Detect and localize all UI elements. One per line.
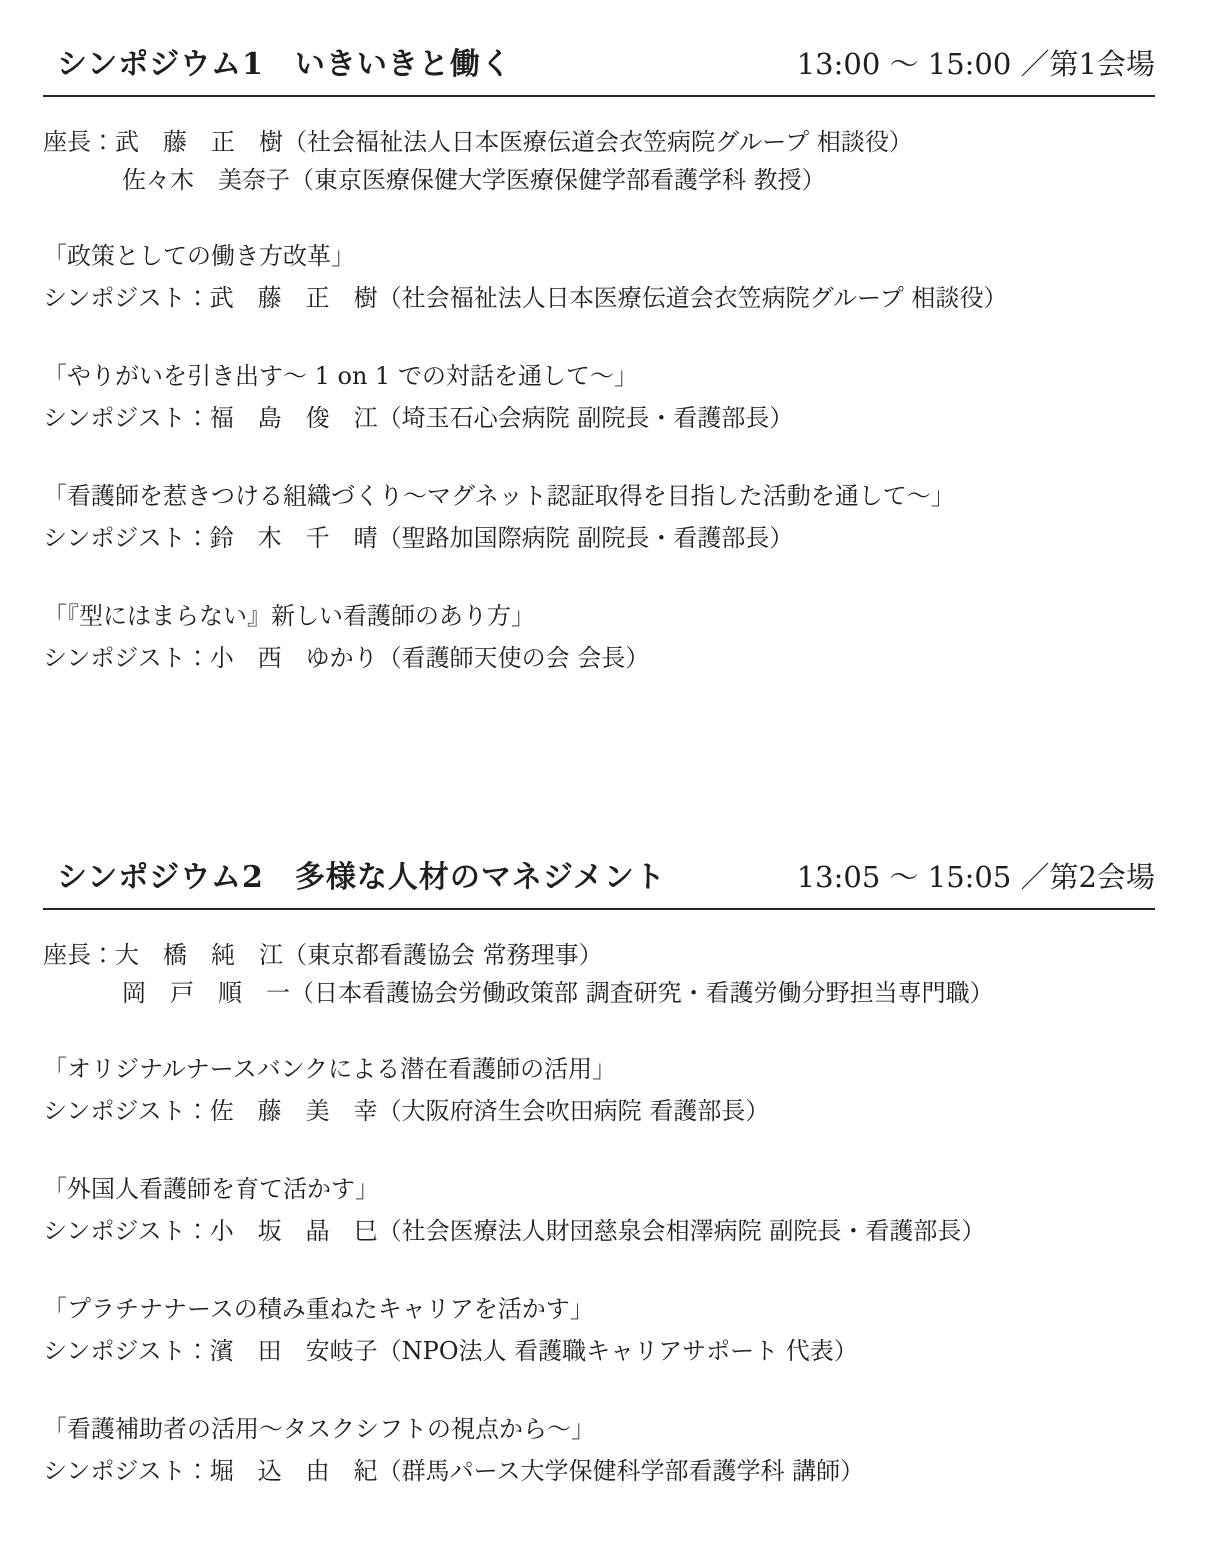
- chair-line: 佐々木 美奈子（東京医療保健大学医療保健学部看護学科 教授）: [43, 161, 1155, 199]
- talk-title: 「政策としての働き方改革」: [43, 235, 1155, 277]
- talk-title: 「『型にはまらない』新しい看護師のあり方」: [43, 595, 1155, 637]
- talk-speaker: シンポジスト：堀 込 由 紀（群馬パース大学保健科学部看護学科 講師）: [43, 1450, 1155, 1492]
- speaker-name: 濱 田 安岐子（NPO法人 看護職キャリアサポート 代表）: [210, 1337, 858, 1365]
- symposium-program-page: シンポジウム1 いきいきと働く 13:00 ～ 15:00 ／第1会場 座長：武…: [0, 0, 1214, 1562]
- talk-title: 「やりがいを引き出す～ 1 on 1 での対話を通して～」: [43, 355, 1155, 397]
- talk-title: 「看護師を惹きつける組織づくり～マグネット認証取得を目指した活動を通して～」: [43, 475, 1155, 517]
- talk-item: 「オリジナルナースバンクによる潜在看護師の活用」 シンポジスト：佐 藤 美 幸（…: [43, 1048, 1155, 1132]
- talk-title: 「外国人看護師を育て活かす」: [43, 1168, 1155, 1210]
- talk-speaker: シンポジスト：小 西 ゆかり（看護師天使の会 会長）: [43, 637, 1155, 679]
- chair-label: 座長：: [43, 128, 115, 156]
- talk-title: 「プラチナナースの積み重ねたキャリアを活かす」: [43, 1288, 1155, 1330]
- speaker-name: 武 藤 正 樹（社会福祉法人日本医療伝道会衣笠病院グループ 相談役）: [210, 284, 1008, 312]
- speaker-label: シンポジスト：: [43, 1457, 210, 1485]
- session-2-header: シンポジウム2 多様な人材のマネジメント 13:05 ～ 15:05 ／第2会場: [43, 859, 1155, 910]
- session-2-schedule: 13:05 ～ 15:05 ／第2会場: [797, 859, 1155, 895]
- speaker-label: シンポジスト：: [43, 1337, 210, 1365]
- talk-speaker: シンポジスト：濱 田 安岐子（NPO法人 看護職キャリアサポート 代表）: [43, 1330, 1155, 1372]
- speaker-name: 福 島 俊 江（埼玉石心会病院 副院長・看護部長）: [210, 404, 794, 432]
- chair-name: 佐々木 美奈子（東京医療保健大学医療保健学部看護学科 教授）: [122, 166, 826, 194]
- chair-line: 座長：武 藤 正 樹（社会福祉法人日本医療伝道会衣笠病院グループ 相談役）: [43, 123, 1155, 161]
- talk-speaker: シンポジスト：小 坂 晶 巳（社会医療法人財団慈泉会相澤病院 副院長・看護部長）: [43, 1210, 1155, 1252]
- talk-item: 「政策としての働き方改革」 シンポジスト：武 藤 正 樹（社会福祉法人日本医療伝…: [43, 235, 1155, 319]
- session-1-header: シンポジウム1 いきいきと働く 13:00 ～ 15:00 ／第1会場: [43, 46, 1155, 97]
- talk-speaker: シンポジスト：佐 藤 美 幸（大阪府済生会吹田病院 看護部長）: [43, 1090, 1155, 1132]
- talk-item: 「プラチナナースの積み重ねたキャリアを活かす」 シンポジスト：濱 田 安岐子（N…: [43, 1288, 1155, 1372]
- talk-item: 「『型にはまらない』新しい看護師のあり方」 シンポジスト：小 西 ゆかり（看護師…: [43, 595, 1155, 679]
- speaker-name: 小 西 ゆかり（看護師天使の会 会長）: [210, 644, 650, 672]
- session-2-title: シンポジウム2 多様な人材のマネジメント: [57, 860, 666, 896]
- chair-line: 座長：大 橋 純 江（東京都看護協会 常務理事）: [43, 936, 1155, 974]
- talk-item: 「外国人看護師を育て活かす」 シンポジスト：小 坂 晶 巳（社会医療法人財団慈泉…: [43, 1168, 1155, 1252]
- speaker-name: 小 坂 晶 巳（社会医療法人財団慈泉会相澤病院 副院長・看護部長）: [210, 1217, 986, 1245]
- talk-title: 「看護補助者の活用～タスクシフトの視点から～」: [43, 1408, 1155, 1450]
- session-1: シンポジウム1 いきいきと働く 13:00 ～ 15:00 ／第1会場 座長：武…: [43, 46, 1155, 679]
- talk-title: 「オリジナルナースバンクによる潜在看護師の活用」: [43, 1048, 1155, 1090]
- chair-label: 座長：: [43, 941, 115, 969]
- chair-line: 岡 戸 順 一（日本看護協会労働政策部 調査研究・看護労働分野担当専門職）: [43, 974, 1155, 1012]
- session-1-title: シンポジウム1 いきいきと働く: [57, 47, 512, 83]
- talk-item: 「やりがいを引き出す～ 1 on 1 での対話を通して～」 シンポジスト：福 島…: [43, 355, 1155, 439]
- speaker-label: シンポジスト：: [43, 404, 210, 432]
- talk-speaker: シンポジスト：鈴 木 千 晴（聖路加国際病院 副院長・看護部長）: [43, 517, 1155, 559]
- talk-item: 「看護師を惹きつける組織づくり～マグネット認証取得を目指した活動を通して～」 シ…: [43, 475, 1155, 559]
- chair-name: 武 藤 正 樹（社会福祉法人日本医療伝道会衣笠病院グループ 相談役）: [115, 128, 913, 156]
- talk-speaker: シンポジスト：福 島 俊 江（埼玉石心会病院 副院長・看護部長）: [43, 397, 1155, 439]
- speaker-name: 佐 藤 美 幸（大阪府済生会吹田病院 看護部長）: [210, 1097, 770, 1125]
- talk-speaker: シンポジスト：武 藤 正 樹（社会福祉法人日本医療伝道会衣笠病院グループ 相談役…: [43, 277, 1155, 319]
- speaker-name: 堀 込 由 紀（群馬パース大学保健科学部看護学科 講師）: [210, 1457, 864, 1485]
- session-1-schedule: 13:00 ～ 15:00 ／第1会場: [797, 46, 1155, 82]
- speaker-label: シンポジスト：: [43, 644, 210, 672]
- session-2: シンポジウム2 多様な人材のマネジメント 13:05 ～ 15:05 ／第2会場…: [43, 859, 1155, 1492]
- speaker-label: シンポジスト：: [43, 1097, 210, 1125]
- session-1-chairs: 座長：武 藤 正 樹（社会福祉法人日本医療伝道会衣笠病院グループ 相談役） 佐々…: [43, 123, 1155, 199]
- chair-name: 岡 戸 順 一（日本看護協会労働政策部 調査研究・看護労働分野担当専門職）: [122, 979, 994, 1007]
- speaker-label: シンポジスト：: [43, 284, 210, 312]
- talk-item: 「看護補助者の活用～タスクシフトの視点から～」 シンポジスト：堀 込 由 紀（群…: [43, 1408, 1155, 1492]
- session-2-chairs: 座長：大 橋 純 江（東京都看護協会 常務理事） 岡 戸 順 一（日本看護協会労…: [43, 936, 1155, 1012]
- speaker-label: シンポジスト：: [43, 1217, 210, 1245]
- chair-name: 大 橋 純 江（東京都看護協会 常務理事）: [115, 941, 603, 969]
- speaker-name: 鈴 木 千 晴（聖路加国際病院 副院長・看護部長）: [210, 524, 794, 552]
- speaker-label: シンポジスト：: [43, 524, 210, 552]
